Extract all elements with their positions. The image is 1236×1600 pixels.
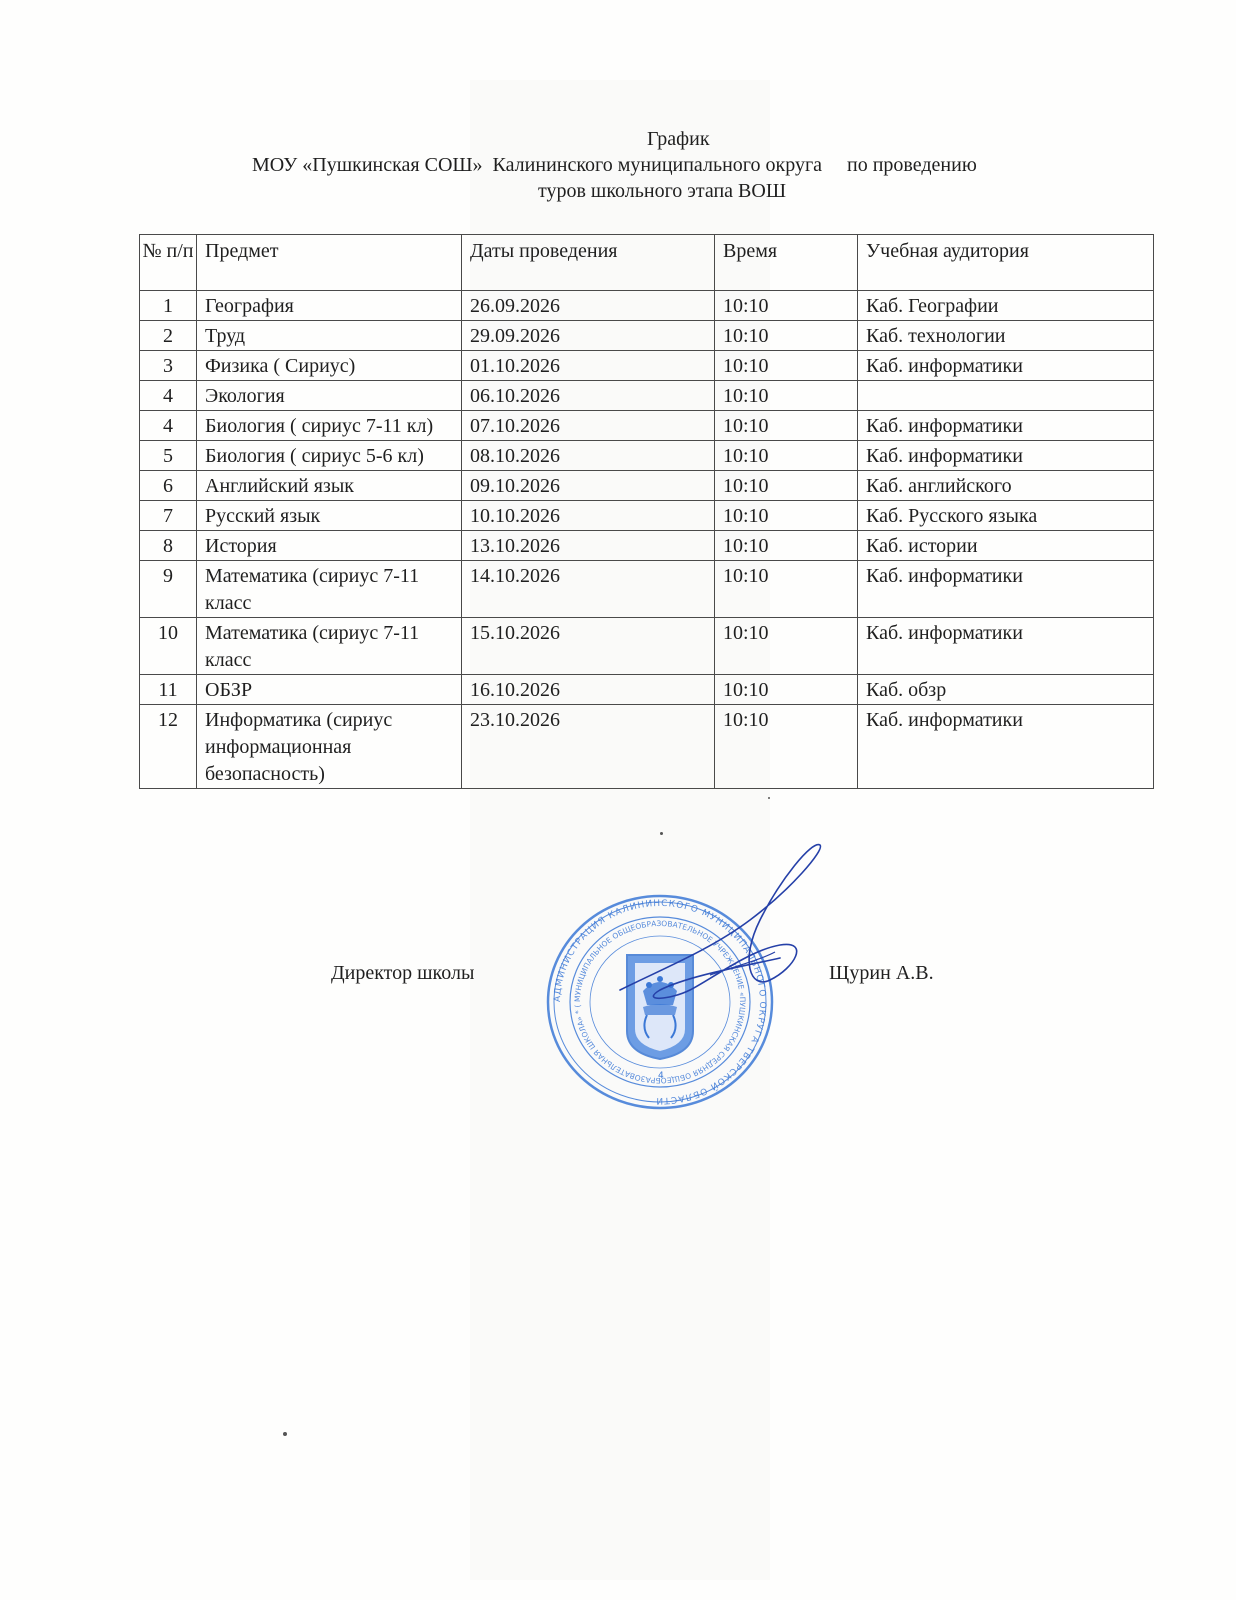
cell-room: Каб. истории: [858, 531, 1154, 561]
header-room: Учебная аудитория: [858, 235, 1154, 291]
cell-number: 5: [140, 441, 197, 471]
cell-room: Каб. информатики: [858, 351, 1154, 381]
table-row: 10Математика (сириус 7-11 класс15.10.202…: [140, 618, 1154, 675]
cell-number: 4: [140, 411, 197, 441]
table-row: 6Английский язык09.10.202610:10Каб. англ…: [140, 471, 1154, 501]
cell-number: 11: [140, 675, 197, 705]
director-position-label: Директор школы: [331, 962, 474, 985]
table-header-row: № п/п Предмет Даты проведения Время Учеб…: [140, 235, 1154, 291]
cell-time: 10:10: [715, 291, 858, 321]
cell-room: Каб. английского: [858, 471, 1154, 501]
header-dates: Даты проведения: [462, 235, 715, 291]
cell-time: 10:10: [715, 381, 858, 411]
cell-time: 10:10: [715, 471, 858, 501]
cell-date: 26.09.2026: [462, 291, 715, 321]
cell-time: 10:10: [715, 675, 858, 705]
cell-room: Каб. информатики: [858, 441, 1154, 471]
olympiad-schedule-table: № п/п Предмет Даты проведения Время Учеб…: [139, 234, 1154, 789]
document-subtitle-line2: туров школьного этапа ВОШ: [140, 178, 1236, 204]
cell-number: 12: [140, 705, 197, 789]
director-signature-icon: [600, 840, 840, 1030]
cell-time: 10:10: [715, 441, 858, 471]
cell-subject: Математика (сириус 7-11 класс: [197, 618, 462, 675]
cell-subject: Труд: [197, 321, 462, 351]
scan-speck: [768, 797, 770, 799]
table-row: 3Физика ( Сириус)01.10.202610:10Каб. инф…: [140, 351, 1154, 381]
cell-date: 23.10.2026: [462, 705, 715, 789]
table-row: 4Биология ( сириус 7-11 кл)07.10.202610:…: [140, 411, 1154, 441]
cell-time: 10:10: [715, 618, 858, 675]
cell-subject: Английский язык: [197, 471, 462, 501]
cell-date: 09.10.2026: [462, 471, 715, 501]
table-row: 5Биология ( сириус 5-6 кл)08.10.202610:1…: [140, 441, 1154, 471]
cell-time: 10:10: [715, 411, 858, 441]
cell-date: 01.10.2026: [462, 351, 715, 381]
cell-time: 10:10: [715, 531, 858, 561]
cell-number: 9: [140, 561, 197, 618]
table-row: 8История13.10.202610:10Каб. истории: [140, 531, 1154, 561]
cell-subject: История: [197, 531, 462, 561]
scan-speck: [283, 1432, 287, 1436]
cell-number: 6: [140, 471, 197, 501]
cell-room: Каб. информатики: [858, 561, 1154, 618]
table-row: 4Экология06.10.202610:10: [140, 381, 1154, 411]
document-title: График: [140, 126, 1236, 152]
table-row: 9Математика (сириус 7-11 класс14.10.2026…: [140, 561, 1154, 618]
cell-time: 10:10: [715, 321, 858, 351]
cell-subject: Математика (сириус 7-11 класс: [197, 561, 462, 618]
cell-subject: Русский язык: [197, 501, 462, 531]
cell-number: 7: [140, 501, 197, 531]
cell-subject: География: [197, 291, 462, 321]
cell-date: 07.10.2026: [462, 411, 715, 441]
svg-text:4: 4: [658, 1071, 664, 1081]
director-name: Щурин А.В.: [829, 962, 934, 985]
cell-date: 29.09.2026: [462, 321, 715, 351]
table-row: 7Русский язык10.10.202610:10Каб. Русског…: [140, 501, 1154, 531]
cell-room: Каб. обзр: [858, 675, 1154, 705]
header-number: № п/п: [140, 235, 197, 291]
header-subject: Предмет: [197, 235, 462, 291]
cell-room: Каб. информатики: [858, 705, 1154, 789]
cell-room: Каб. информатики: [858, 411, 1154, 441]
cell-number: 2: [140, 321, 197, 351]
cell-date: 13.10.2026: [462, 531, 715, 561]
table-row: 1География26.09.202610:10Каб. Географии: [140, 291, 1154, 321]
cell-subject: Экология: [197, 381, 462, 411]
cell-room: Каб. Русского языка: [858, 501, 1154, 531]
table-row: 2Труд29.09.202610:10Каб. технологии: [140, 321, 1154, 351]
document-header: График МОУ «Пушкинская СОШ» Калининского…: [140, 126, 1236, 204]
cell-time: 10:10: [715, 351, 858, 381]
scan-speck: [660, 832, 663, 835]
document-subtitle-line1: МОУ «Пушкинская СОШ» Калининского муници…: [140, 152, 1236, 178]
cell-date: 10.10.2026: [462, 501, 715, 531]
cell-subject: Физика ( Сириус): [197, 351, 462, 381]
cell-date: 06.10.2026: [462, 381, 715, 411]
cell-date: 08.10.2026: [462, 441, 715, 471]
cell-date: 16.10.2026: [462, 675, 715, 705]
cell-subject: Биология ( сириус 5-6 кл): [197, 441, 462, 471]
cell-room: Каб. информатики: [858, 618, 1154, 675]
cell-room: Каб. Географии: [858, 291, 1154, 321]
document-page: График МОУ «Пушкинская СОШ» Калининского…: [0, 0, 1236, 1600]
cell-number: 4: [140, 381, 197, 411]
cell-number: 8: [140, 531, 197, 561]
table-row: 12Информатика (сириус информационная без…: [140, 705, 1154, 789]
cell-time: 10:10: [715, 705, 858, 789]
cell-number: 10: [140, 618, 197, 675]
cell-date: 14.10.2026: [462, 561, 715, 618]
cell-time: 10:10: [715, 501, 858, 531]
table-body: 1География26.09.202610:10Каб. Географии2…: [140, 291, 1154, 789]
cell-room: [858, 381, 1154, 411]
cell-subject: Информатика (сириус информационная безоп…: [197, 705, 462, 789]
header-time: Время: [715, 235, 858, 291]
cell-time: 10:10: [715, 561, 858, 618]
cell-number: 1: [140, 291, 197, 321]
cell-date: 15.10.2026: [462, 618, 715, 675]
cell-room: Каб. технологии: [858, 321, 1154, 351]
cell-number: 3: [140, 351, 197, 381]
table-row: 11ОБЗР16.10.202610:10Каб. обзр: [140, 675, 1154, 705]
cell-subject: Биология ( сириус 7-11 кл): [197, 411, 462, 441]
cell-subject: ОБЗР: [197, 675, 462, 705]
